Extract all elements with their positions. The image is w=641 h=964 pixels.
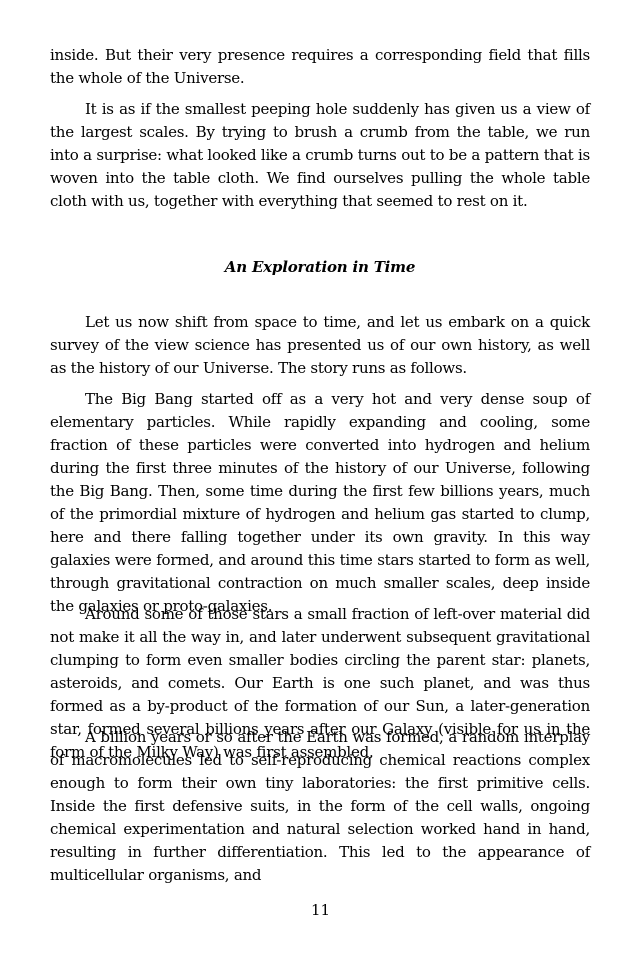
document-page: inside. But their very presence requires… bbox=[0, 0, 641, 964]
paragraph-first-cells: A billion years or so after the Earth wa… bbox=[50, 726, 590, 887]
page-number: 11 bbox=[0, 899, 641, 922]
paragraph-continuation: inside. But their very presence requires… bbox=[50, 44, 590, 90]
paragraph-shift-to-time: Let us now shift from space to time, and… bbox=[50, 311, 590, 380]
section-heading: An Exploration in Time bbox=[50, 256, 590, 279]
paragraph-big-bang: The Big Bang started off as a very hot a… bbox=[50, 388, 590, 618]
paragraph-peeping-hole: It is as if the smallest peeping hole su… bbox=[50, 98, 590, 213]
